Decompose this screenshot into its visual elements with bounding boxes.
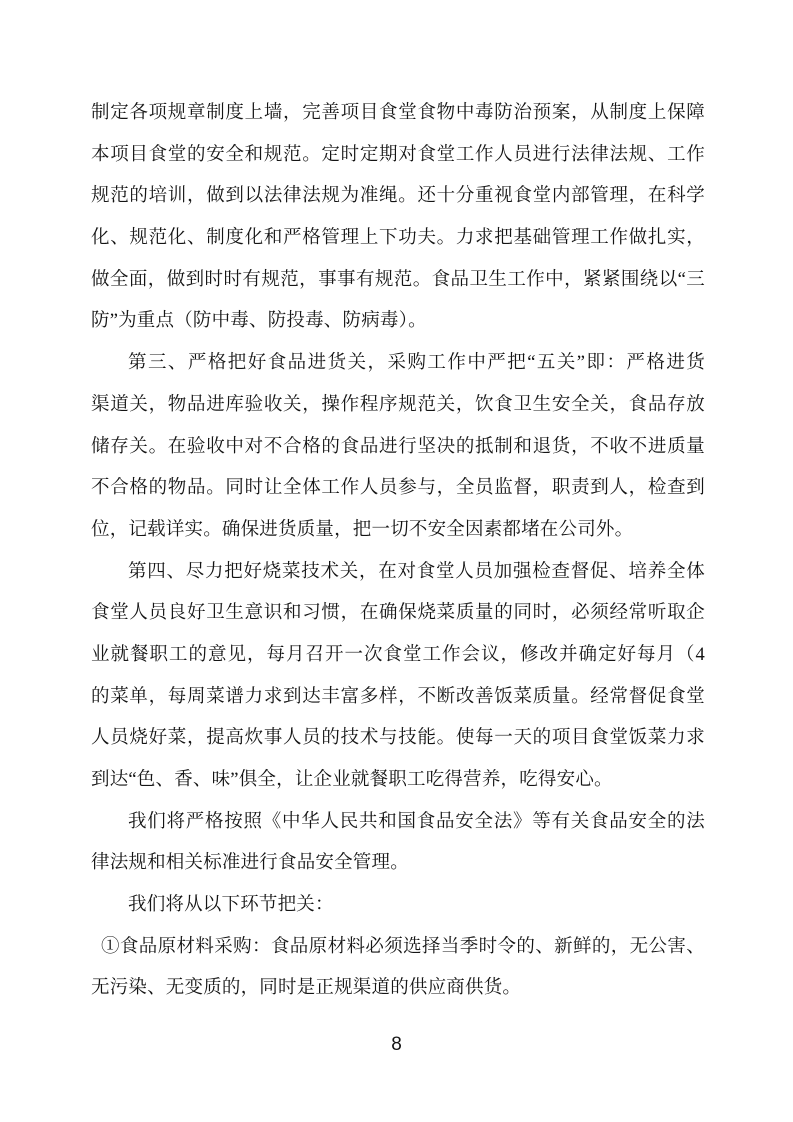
- text-line: 制定各项规章制度上墙，完善项目食堂食物中毒防治预案，从制度上保障: [91, 93, 705, 135]
- text-line: 不合格的物品。同时让全体工作人员参与，全员监督，职责到人，检查到: [91, 468, 705, 510]
- text-line: 位，记载详实。确保进货质量，把一切不安全因素都堵在公司外。: [91, 510, 705, 552]
- text-line: 规范的培训，做到以法律法规为准绳。还十分重视食堂内部管理，在科学: [91, 176, 705, 218]
- document-page: 制定各项规章制度上墙，完善项目食堂食物中毒防治预案，从制度上保障 本项目食堂的安…: [0, 0, 793, 1122]
- text-line: 人员烧好菜，提高炊事人员的技术与技能。使每一天的项目食堂饭菜力求: [91, 718, 705, 760]
- text-line: 化、规范化、制度化和严格管理上下功夫。力求把基础管理工作做扎实，: [91, 218, 705, 260]
- text-line: 食堂人员良好卫生意识和习惯，在确保烧菜质量的同时，必须经常听取企: [91, 593, 705, 635]
- text-line: 防”为重点（防中毒、防投毒、防病毒）。: [91, 301, 705, 343]
- document-body: 制定各项规章制度上墙，完善项目食堂食物中毒防治预案，从制度上保障 本项目食堂的安…: [91, 93, 705, 1010]
- text-line: 到达“色、香、味”俱全，让企业就餐职工吃得营养，吃得安心。: [91, 760, 705, 802]
- text-line: 律法规和相关标准进行食品安全管理。: [91, 843, 705, 885]
- paragraph: 制定各项规章制度上墙，完善项目食堂食物中毒防治预案，从制度上保障 本项目食堂的安…: [91, 93, 705, 343]
- text-line: 渠道关，物品进库验收关，操作程序规范关，饮食卫生安全关，食品存放: [91, 385, 705, 427]
- paragraph: 我们将从以下环节把关：: [91, 885, 705, 927]
- text-line: 第四、尽力把好烧菜技术关，在对食堂人员加强检查督促、培养全体: [91, 552, 705, 594]
- text-line: 业就餐职工的意见，每月召开一次食堂工作会议，修改并确定好每月（4 周）: [91, 635, 705, 677]
- paragraph: ①食品原材料采购：食品原材料必须选择当季时令的、新鲜的，无公害、 无污染、无变质…: [91, 927, 705, 1010]
- paragraph: 我们将严格按照《中华人民共和国食品安全法》等有关食品安全的法 律法规和相关标准进…: [91, 802, 705, 885]
- text-line: 第三、严格把好食品进货关，采购工作中严把“五关”即：严格进货: [91, 343, 705, 385]
- text-line: 无污染、无变质的，同时是正规渠道的供应商供货。: [91, 968, 705, 1010]
- text-line: 的菜单，每周菜谱力求到达丰富多样，不断改善饭菜质量。经常督促食堂: [91, 677, 705, 719]
- text-line: 我们将严格按照《中华人民共和国食品安全法》等有关食品安全的法: [91, 802, 705, 844]
- text-line: ①食品原材料采购：食品原材料必须选择当季时令的、新鲜的，无公害、: [91, 927, 705, 969]
- text-line: 我们将从以下环节把关：: [91, 885, 705, 927]
- text-line: 做全面，做到时时有规范，事事有规范。食品卫生工作中，紧紧围绕以“三: [91, 260, 705, 302]
- page-number: 8: [0, 1034, 793, 1056]
- paragraph: 第四、尽力把好烧菜技术关，在对食堂人员加强检查督促、培养全体 食堂人员良好卫生意…: [91, 552, 705, 802]
- text-line: 本项目食堂的安全和规范。定时定期对食堂工作人员进行法律法规、工作: [91, 135, 705, 177]
- paragraph: 第三、严格把好食品进货关，采购工作中严把“五关”即：严格进货 渠道关，物品进库验…: [91, 343, 705, 551]
- text-line: 储存关。在验收中对不合格的食品进行坚决的抵制和退货，不收不进质量: [91, 427, 705, 469]
